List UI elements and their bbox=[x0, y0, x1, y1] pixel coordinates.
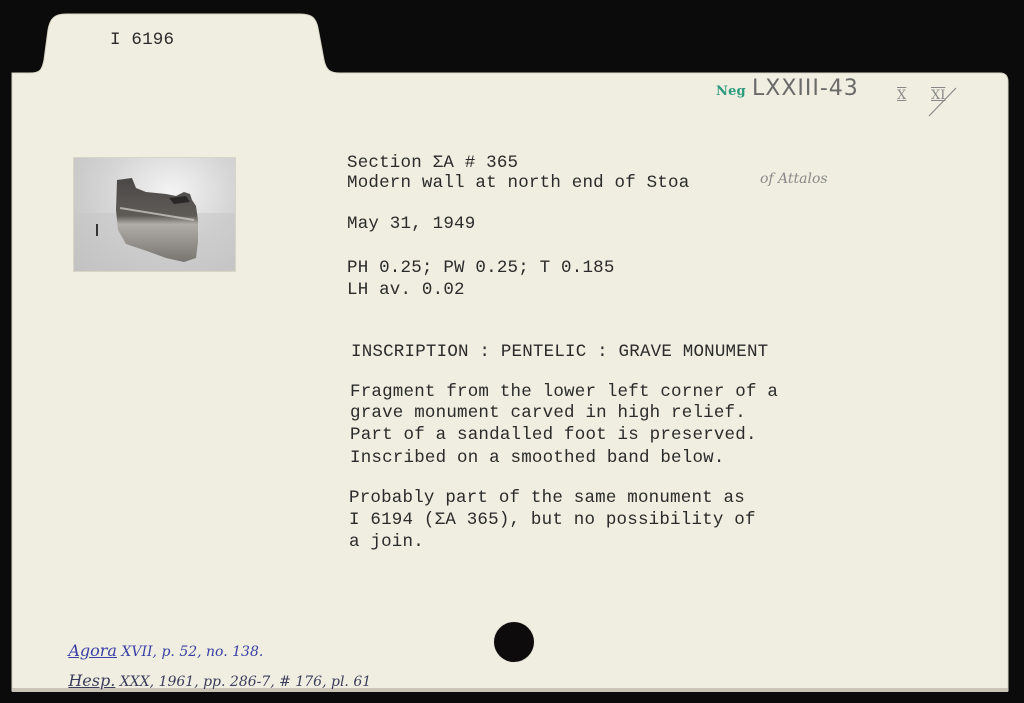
findspot-line: Modern wall at north end of Stoa bbox=[347, 173, 689, 194]
notes-line: I 6194 (ΣA 365), but no possibility of bbox=[349, 510, 756, 531]
description-line: Fragment from the lower left corner of a bbox=[350, 382, 778, 403]
findspot-annotation-handwritten: of Attalos bbox=[760, 171, 828, 187]
date-line: May 31, 1949 bbox=[347, 214, 475, 235]
neg-number-handwritten: LXXIII-43 bbox=[752, 76, 859, 101]
description-line: Inscribed on a smoothed band below. bbox=[350, 448, 725, 469]
tab-catalog-number: I 6196 bbox=[110, 30, 174, 51]
description-line: grave monument carved in high relief. bbox=[350, 403, 746, 424]
object-photo bbox=[73, 157, 236, 272]
neg-stamp: Neg bbox=[716, 81, 746, 102]
fragment-photo-image bbox=[74, 158, 236, 272]
bibliography-title: Hesp. bbox=[68, 671, 115, 690]
notes-line: a join. bbox=[349, 532, 424, 553]
bibliography-entry-hesperia: Hesp. XXX, 1961, pp. 286-7, # 176, pl. 6… bbox=[48, 652, 371, 703]
neg-mark-x: X bbox=[897, 88, 906, 103]
punch-hole bbox=[494, 622, 534, 662]
bibliography-reference: XXX, 1961, pp. 286-7, # 176, pl. 61 bbox=[115, 674, 371, 690]
dimensions-line-2: LH av. 0.02 bbox=[347, 280, 465, 301]
description-line: Part of a sandalled foot is preserved. bbox=[350, 425, 757, 446]
notes-line: Probably part of the same monument as bbox=[349, 488, 745, 509]
section-line: Section ΣA # 365 bbox=[347, 153, 518, 174]
classification-line: INSCRIPTION : PENTELIC : GRAVE MONUMENT bbox=[351, 342, 768, 363]
strike-through-mark-icon bbox=[926, 86, 960, 118]
dimensions-line-1: PH 0.25; PW 0.25; T 0.185 bbox=[347, 258, 615, 279]
